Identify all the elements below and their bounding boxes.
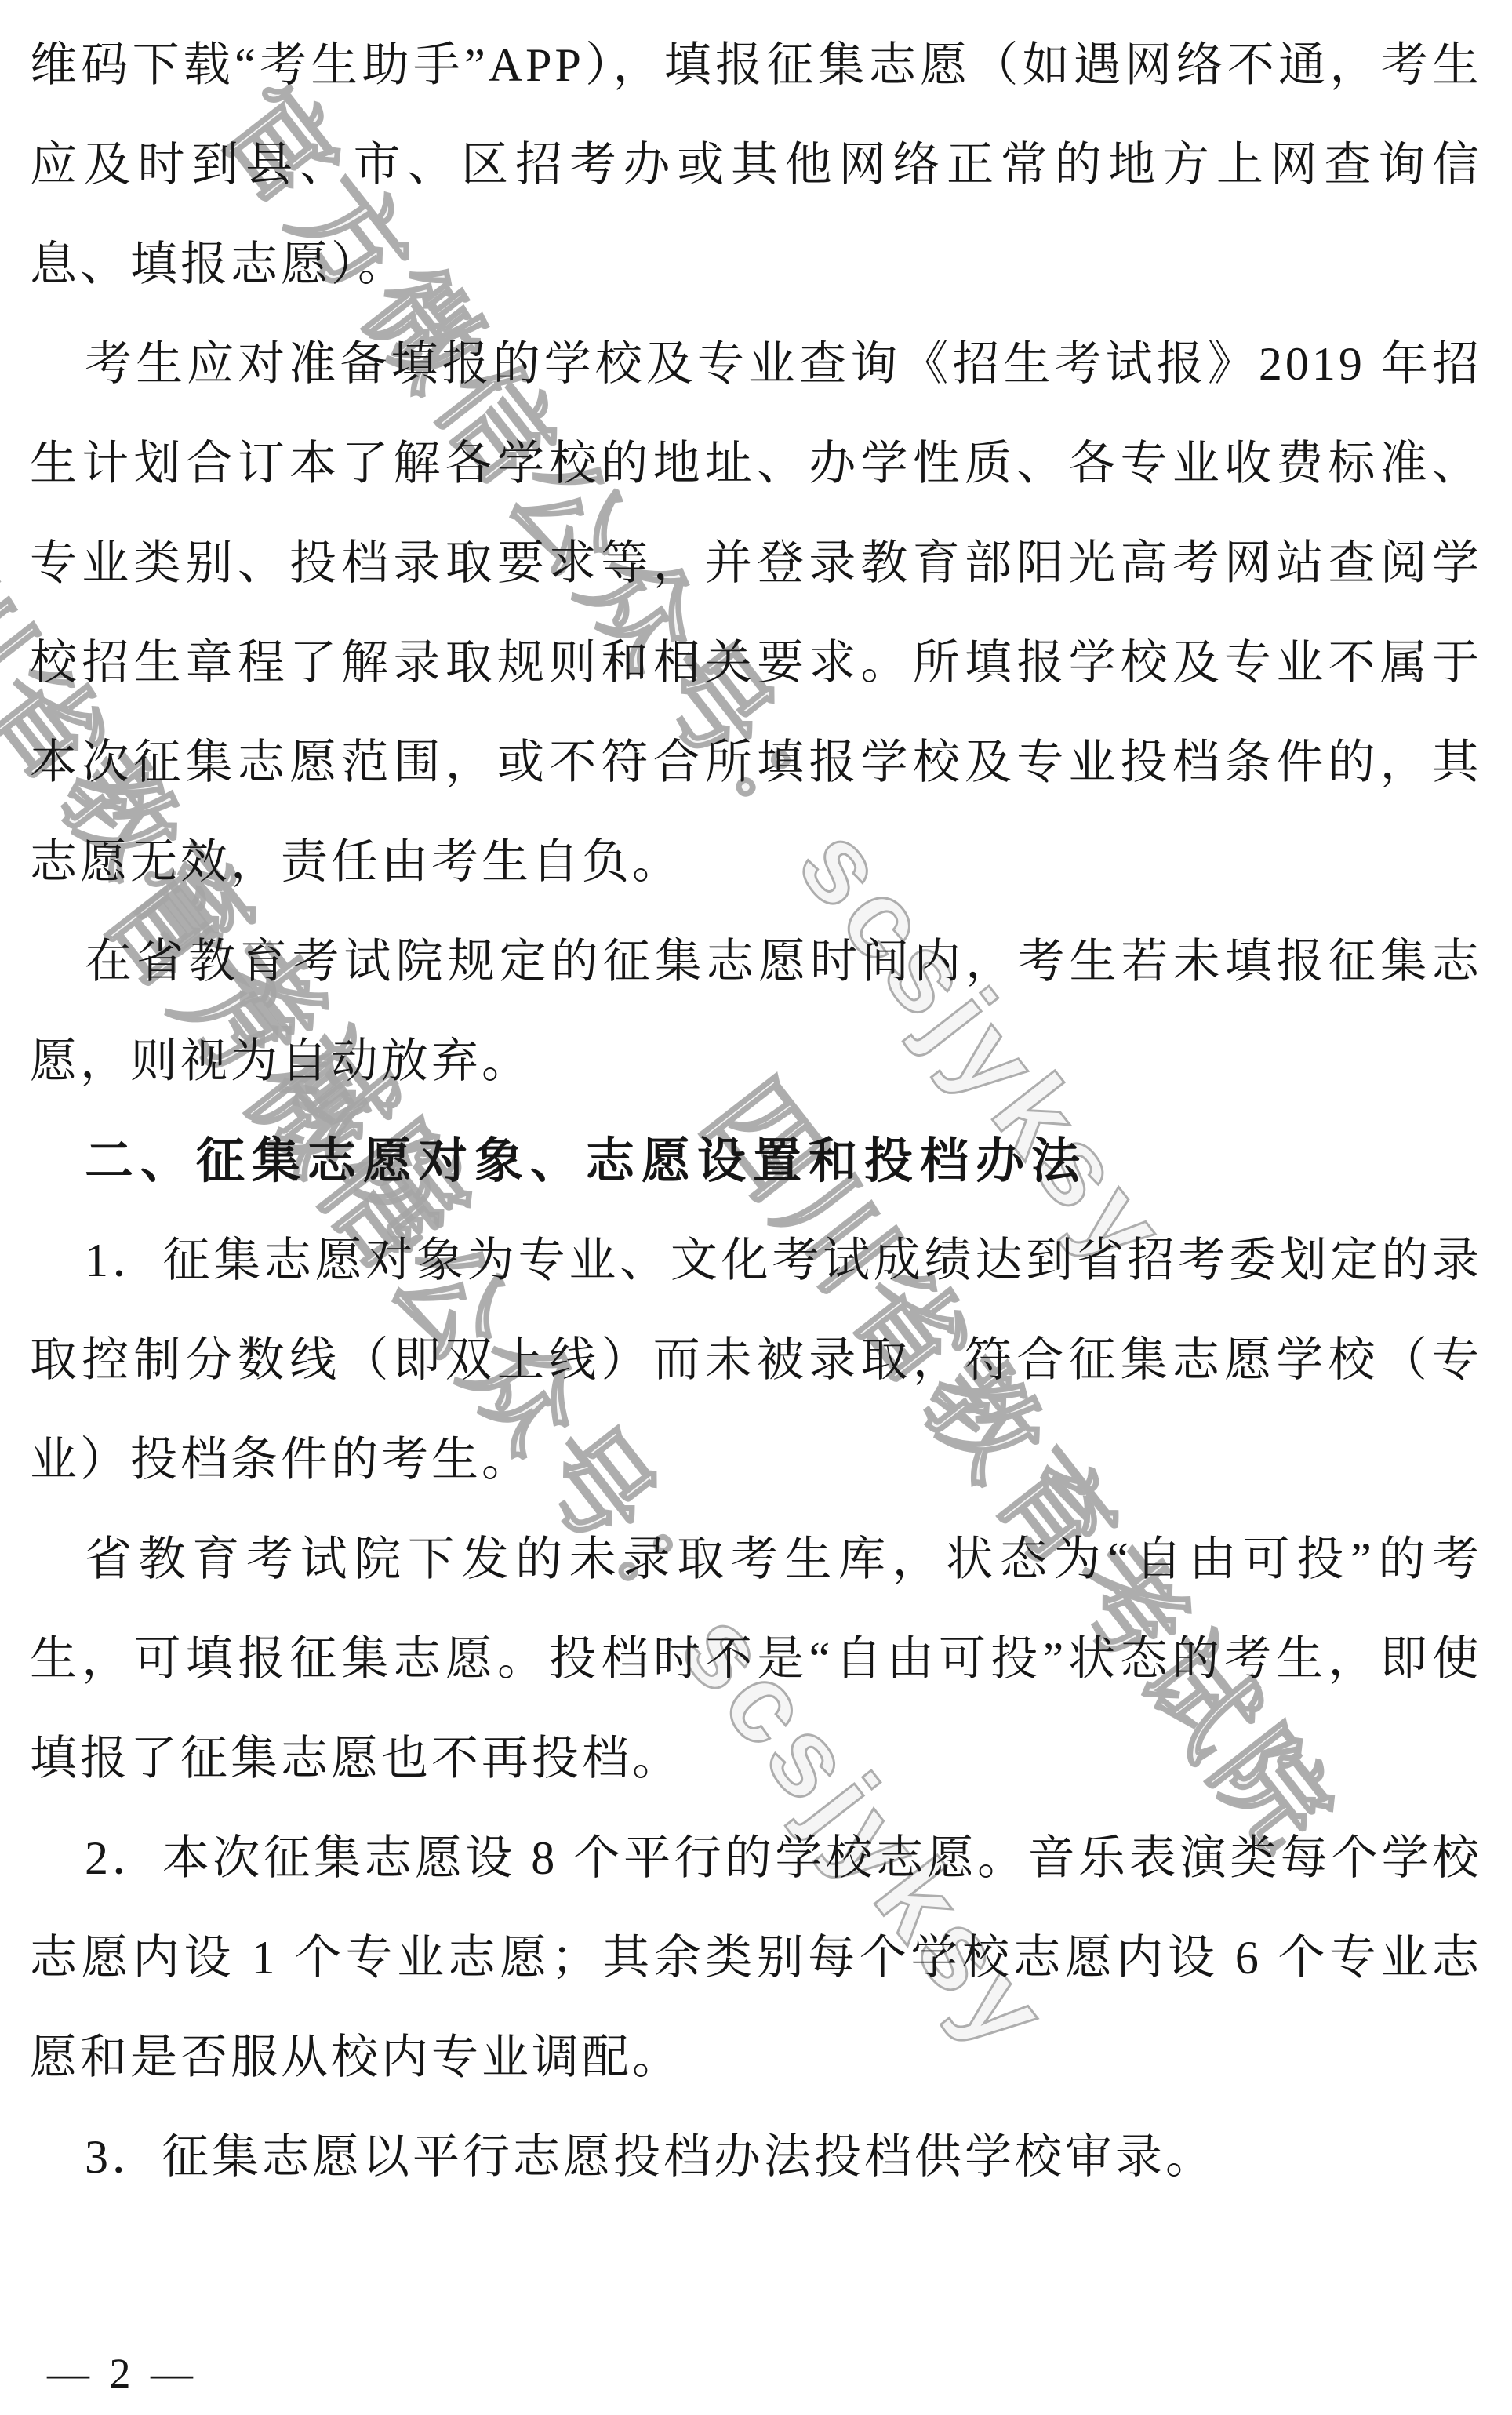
document-body: 维码下载“考生助手”APP），填报征集志愿（如遇网络不通，考生应及时到县、市、区… (30, 16, 1482, 2207)
paragraph: 在省教育考试院规定的征集志愿时间内，考生若未填报征集志愿，则视为自动放弃。 (30, 912, 1482, 1111)
paragraph: 考生应对准备填报的学校及专业查询《招生考试报》2019 年招生计划合订本了解各学… (30, 315, 1482, 912)
paragraph: 1．征集志愿对象为专业、文化考试成绩达到省招考委划定的录取控制分数线（即双上线）… (30, 1211, 1482, 1510)
paragraph: 2．本次征集志愿设 8 个平行的学校志愿。音乐表演类每个学校志愿内设 1 个专业… (30, 1809, 1482, 2108)
section-heading: 二、征集志愿对象、志愿设置和投档办法 (30, 1111, 1482, 1211)
paragraph: 省教育考试院下发的未录取考生库，状态为“自由可投”的考生，可填报征集志愿。投档时… (30, 1510, 1482, 1809)
document-page: 官方微信公众号：scsjyksy 四川省教育考试院 官方微信公众号：scsjyk… (0, 0, 1512, 2415)
paragraph: 3．征集志愿以平行志愿投档办法投档供学校审录。 (30, 2108, 1482, 2207)
page-number: — 2 — (47, 2349, 198, 2398)
paragraph: 维码下载“考生助手”APP），填报征集志愿（如遇网络不通，考生应及时到县、市、区… (30, 16, 1482, 315)
